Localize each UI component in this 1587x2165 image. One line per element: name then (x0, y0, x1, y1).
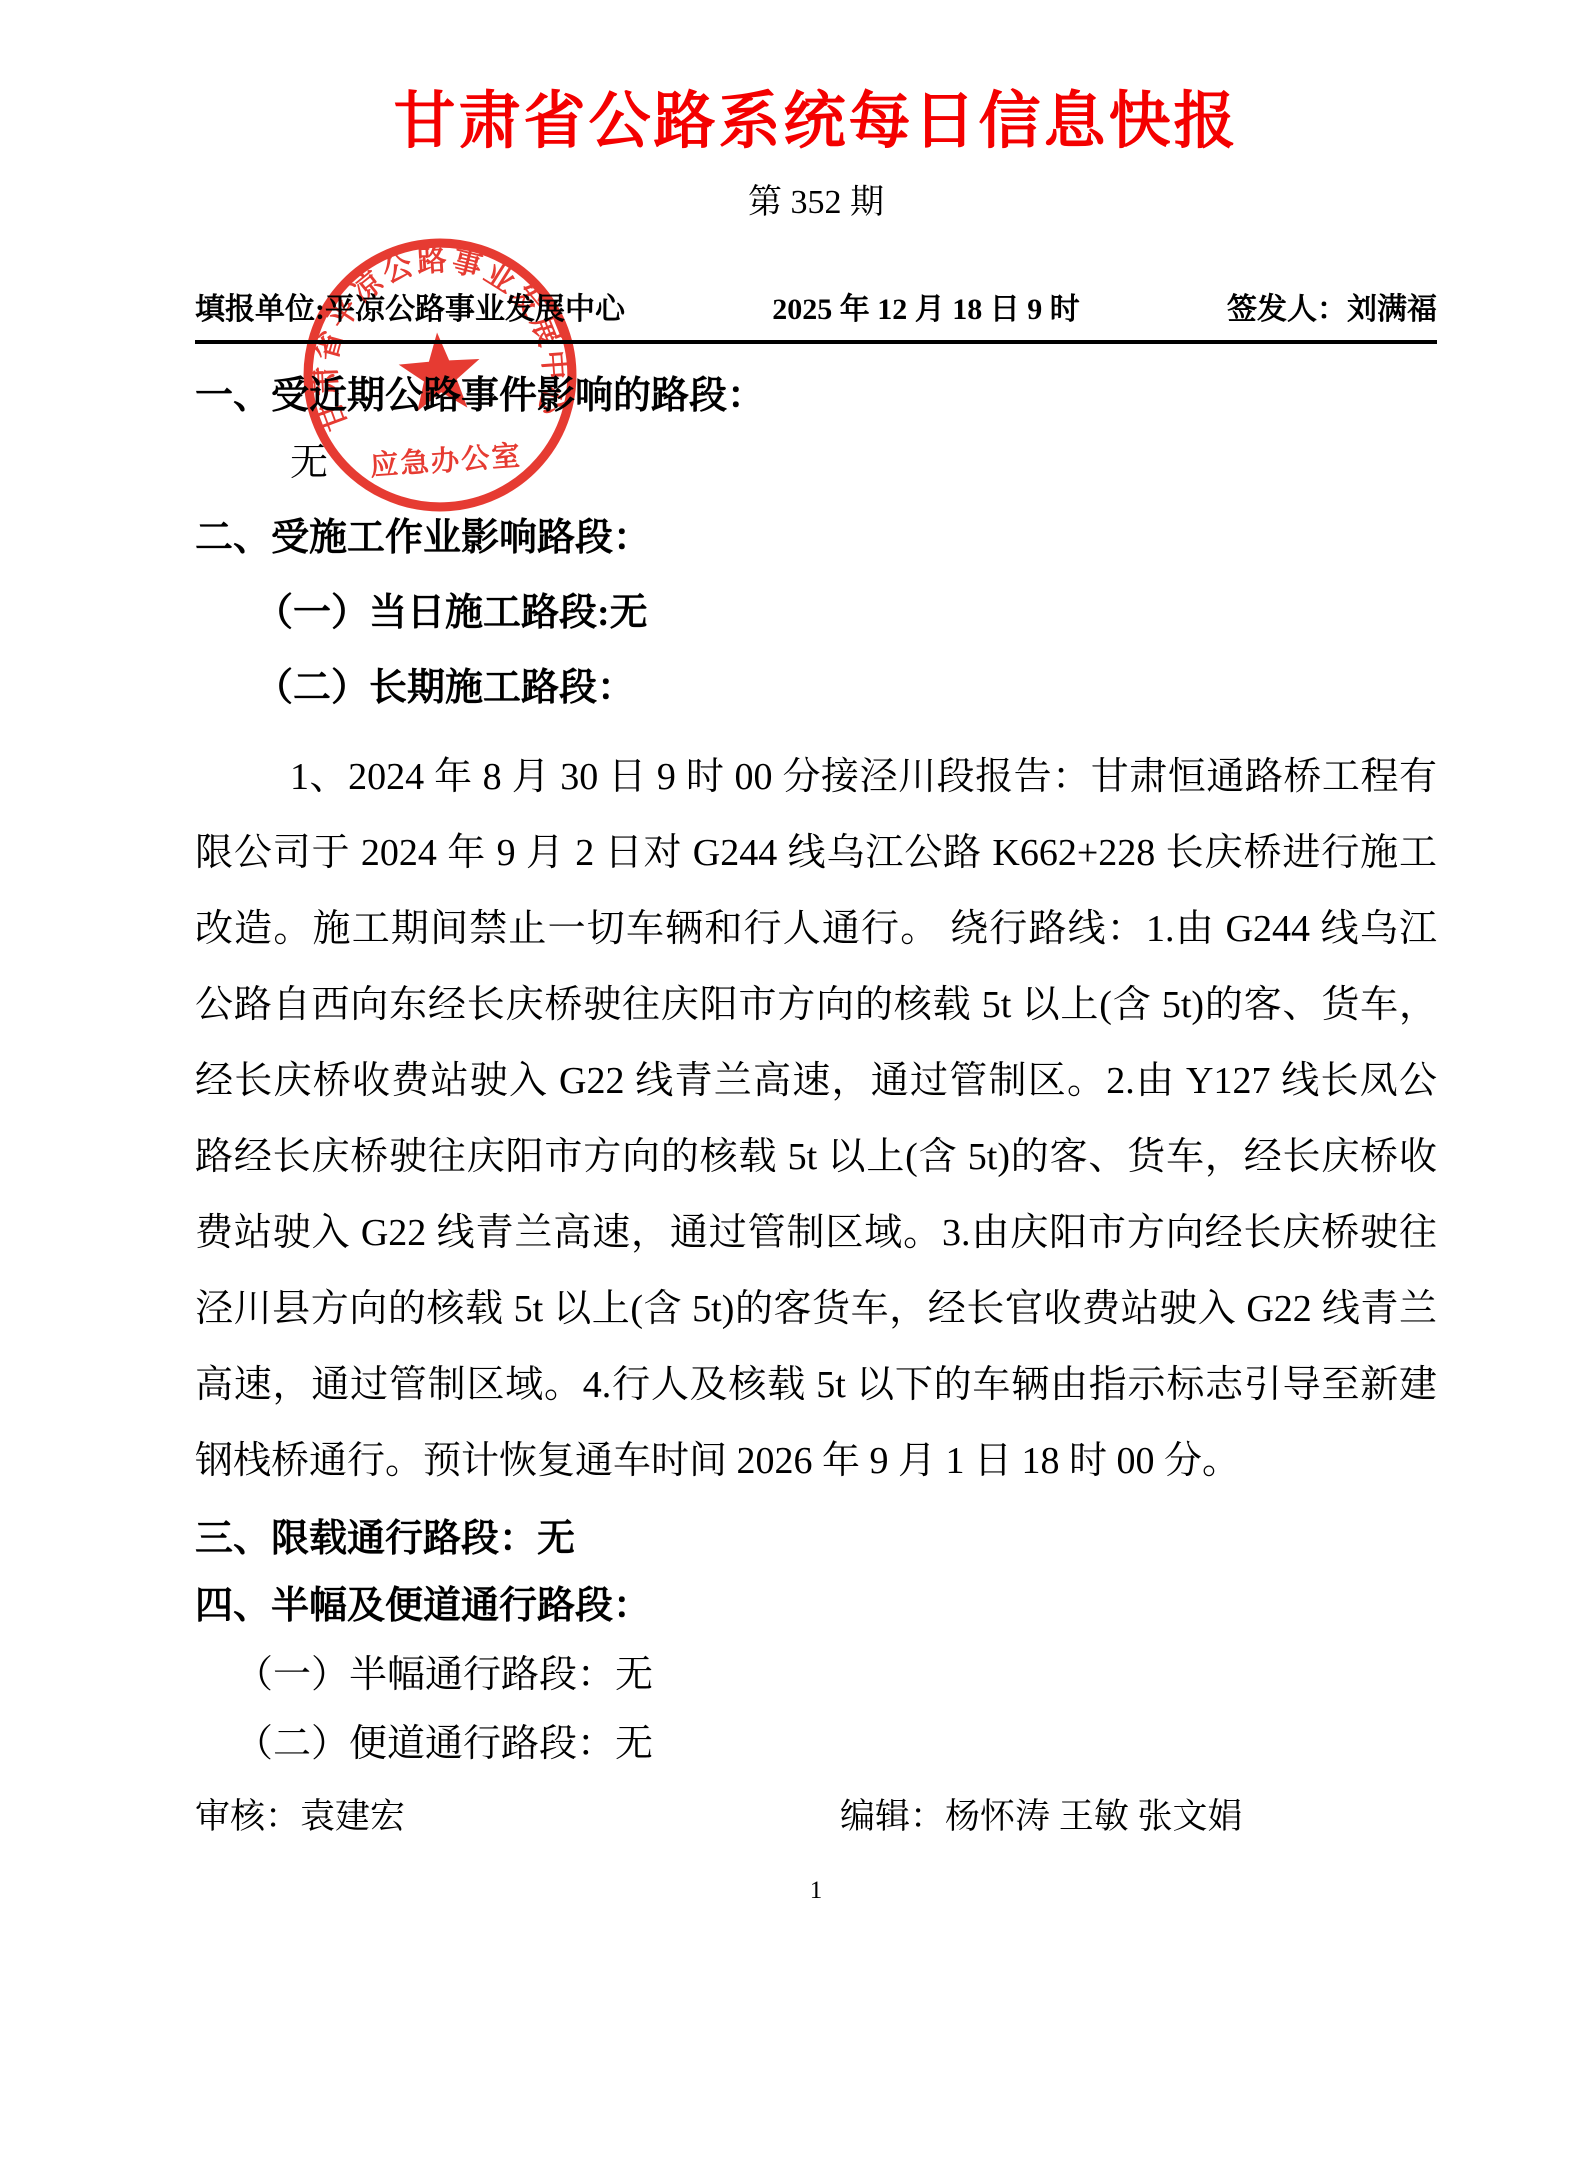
signer: 签发人：刘满福 (1227, 284, 1437, 328)
report-info-row: 填报单位:平凉公路事业发展中心 2025 年 12 月 18 日 9 时 签发人… (195, 284, 1437, 344)
section1-heading: 一、受近期公路事件影响的路段： (195, 368, 1437, 425)
section4-heading: 四、半幅及便道通行路段： (195, 1578, 1437, 1635)
report-datetime: 2025 年 12 月 18 日 9 时 (772, 284, 1080, 328)
section2-heading: 二、受施工作业影响路段： (195, 510, 1437, 567)
section3-heading: 三、限载通行路段：无 (195, 1511, 1437, 1568)
section1-value: 无 (195, 435, 1437, 492)
reporting-unit: 填报单位:平凉公路事业发展中心 (195, 284, 625, 328)
issue-number: 第 352 期 (195, 181, 1437, 225)
construction-notice-paragraph: 1、2024 年 8 月 30 日 9 时 00 分接泾川段报告：甘肃恒通路桥工… (195, 739, 1437, 1499)
document-page: 甘肃省公路系统每日信息快报 第 352 期 填报单位:平凉公路事业发展中心 20… (0, 0, 1587, 2165)
page-number: 1 (195, 1877, 1437, 1905)
section2-subitem-1: （一）当日施工路段:无 (195, 585, 1437, 642)
reviewer-name: 审核：袁建宏 (195, 1791, 405, 1844)
section4-subitem-1: （一）半幅通行路段：无 (195, 1647, 1437, 1704)
document-title: 甘肃省公路系统每日信息快报 (195, 85, 1437, 159)
section4-subitem-2: （二）便道通行路段：无 (195, 1716, 1437, 1773)
footer-credits: 审核：袁建宏 编辑：杨怀涛 王敏 张文娟 (195, 1791, 1437, 1844)
section2-subitem-2: （二）长期施工路段： (195, 660, 1437, 717)
editor-names: 编辑：杨怀涛 王敏 张文娟 (840, 1791, 1243, 1844)
